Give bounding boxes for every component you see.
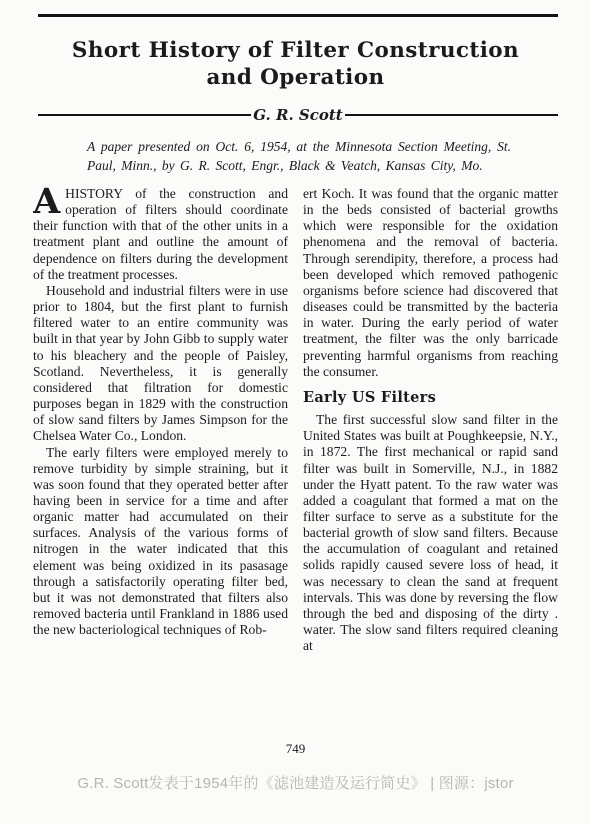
article-body: AHISTORY of the construction and operati… — [33, 186, 558, 734]
top-rule — [38, 14, 558, 17]
paragraph-4: ert Koch. It was found that the organic … — [303, 186, 558, 380]
presentation-note: A paper presented on Oct. 6, 1954, at th… — [87, 137, 511, 175]
paragraph-1-text: HISTORY of the construction and operatio… — [33, 186, 288, 282]
author-rule-right — [345, 114, 558, 116]
author-divider: G. R. Scott — [38, 106, 558, 124]
paragraph-3: The early filters were employed merely t… — [33, 445, 288, 639]
author-name: G. R. Scott — [251, 106, 344, 124]
author-rule-left — [38, 114, 251, 116]
section-heading-early-us-filters: Early US Filters — [303, 390, 558, 406]
left-column: AHISTORY of the construction and operati… — [33, 186, 288, 734]
right-column: ert Koch. It was found that the organic … — [303, 186, 558, 734]
scanned-paper-page: Short History of Filter Construction and… — [0, 0, 591, 824]
paragraph-1: AHISTORY of the construction and operati… — [33, 186, 288, 283]
drop-cap: A — [33, 186, 65, 216]
page-number: 749 — [33, 741, 558, 757]
paragraph-2: Household and industrial filters were in… — [33, 283, 288, 445]
paragraph-5: The first successful slow sand filter in… — [303, 412, 558, 654]
article-title: Short History of Filter Construction and… — [66, 37, 526, 91]
image-source-caption: G.R. Scott发表于1954年的《滤池建造及运行简史》 | 图源：jsto… — [0, 772, 591, 793]
